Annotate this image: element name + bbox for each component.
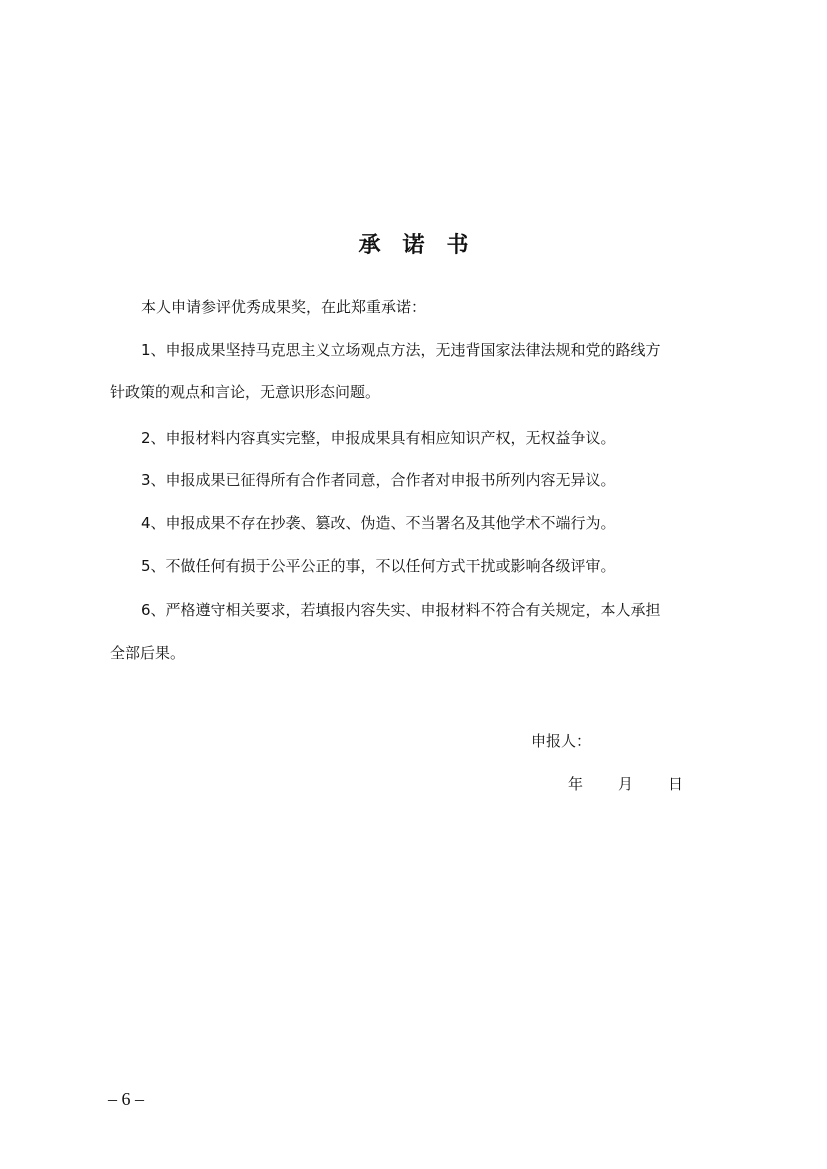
applicant-signature-label: 申报人： [531,731,591,751]
title-char: 书 [447,228,469,259]
commitment-item-4: 4、申报成果不存在抄袭、篡改、伪造、不当署名及其他学术不端行为。 [141,513,616,533]
document-page: 承诺书 本人申请参评优秀成果奖，在此郑重承诺： 1、申报成果坚持马克思主义立场观… [0,0,827,1169]
commitment-item-6-line-1: 6、严格遵守相关要求，若填报内容失实、申报材料不符合有关规定，本人承担 [141,600,661,620]
page-number: – 6 – [108,1088,144,1110]
date-day-label: 日 [668,774,683,794]
intro-paragraph: 本人申请参评优秀成果奖，在此郑重承诺： [141,297,426,317]
commitment-item-1-line-2: 针政策的观点和言论，无意识形态问题。 [110,382,380,402]
document-title: 承诺书 [0,228,827,259]
date-year-label: 年 [568,774,583,794]
commitment-item-6-line-2: 全部后果。 [110,643,185,663]
title-char: 承 [358,228,380,259]
commitment-item-1-line-1: 1、申报成果坚持马克思主义立场观点方法，无违背国家法律法规和党的路线方 [141,340,661,360]
commitment-item-2: 2、申报材料内容真实完整，申报成果具有相应知识产权，无权益争议。 [141,428,616,448]
date-month-label: 月 [618,774,633,794]
commitment-item-3: 3、申报成果已征得所有合作者同意，合作者对申报书所列内容无异议。 [141,470,616,490]
commitment-item-5: 5、不做任何有损于公平公正的事，不以任何方式干扰或影响各级评审。 [141,556,616,576]
title-char: 诺 [402,228,424,259]
